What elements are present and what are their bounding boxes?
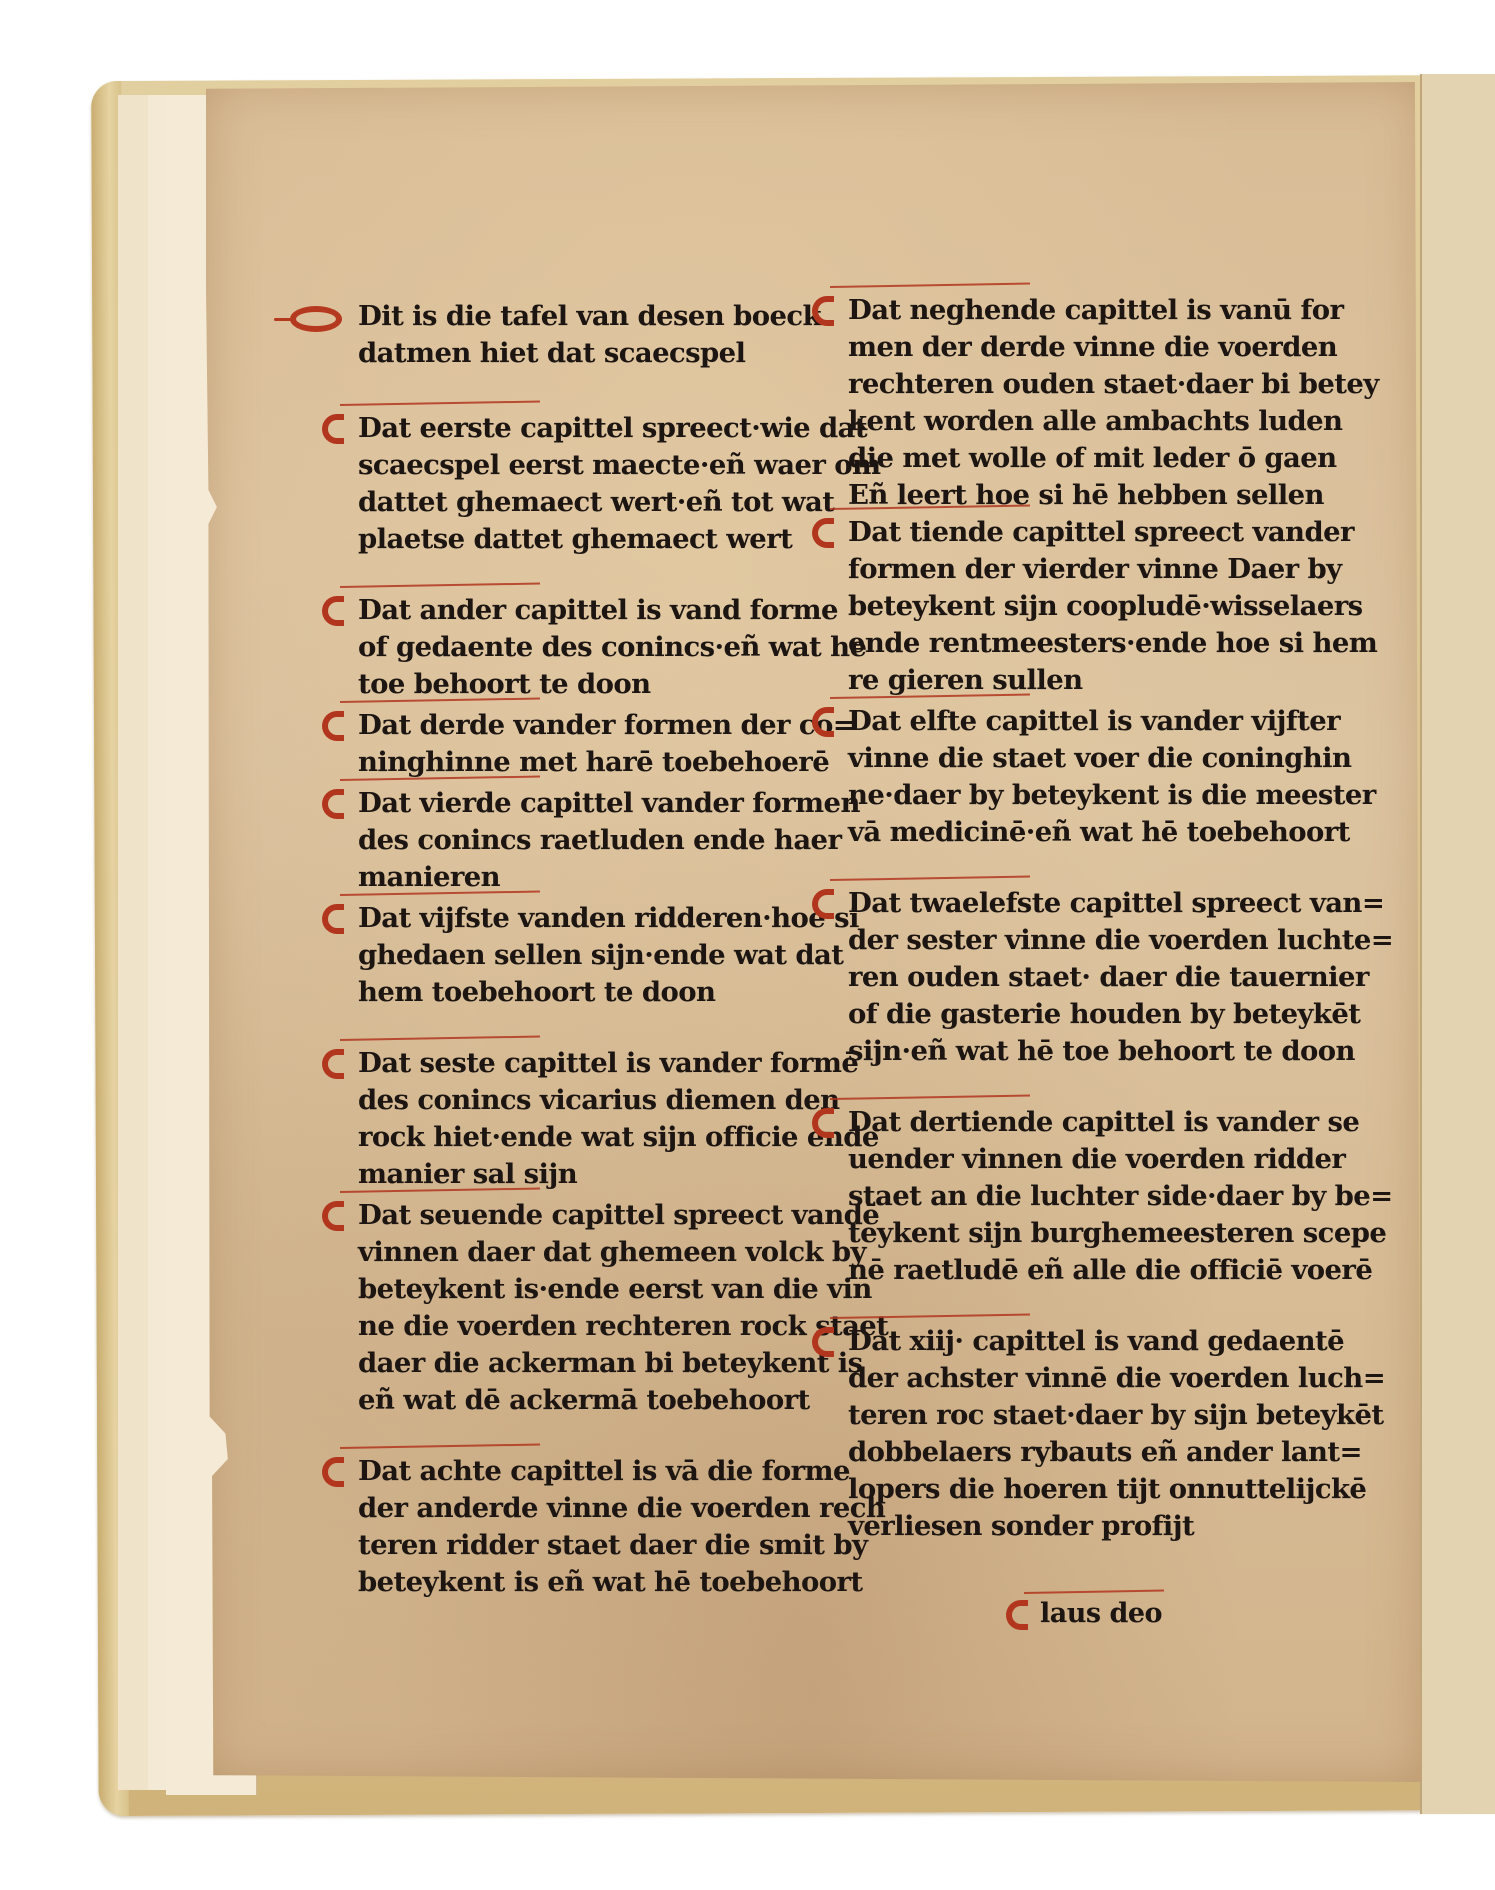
entry-line: vinnen daer dat ghemeen volck by	[358, 1234, 798, 1271]
entry-line: staet an die luchter side·daer by be=	[848, 1178, 1308, 1215]
left-column: Dit is die tafel van desen boeck datmen …	[358, 298, 798, 1601]
chapter-entry-7: Dat seuende capittel spreect vandē vinne…	[358, 1197, 798, 1419]
entry-line: teykent sijn burghemeesteren scepe	[848, 1215, 1308, 1252]
entry-line: of gedaente des conincs·eñ wat he	[358, 629, 798, 666]
rubric-stroke-icon	[340, 1036, 540, 1041]
heading-line: Dit is die tafel van desen boeck	[358, 298, 798, 335]
paragraph-mark-icon	[322, 1201, 344, 1231]
paragraph-mark-icon	[322, 789, 344, 819]
colophon: laus deo	[1040, 1598, 1162, 1629]
rubric-stroke-icon	[830, 876, 1030, 881]
entry-line: formen der vierder vinne Daer by	[848, 551, 1308, 588]
entry-line: of die gasterie houden by beteykēt	[848, 996, 1308, 1033]
rubric-stroke-icon	[830, 1314, 1030, 1319]
heading-line: datmen hiet dat scaecspel	[358, 335, 798, 372]
entry-line: Dat xiij· capittel is vand gedaentē	[848, 1323, 1308, 1360]
entry-line: Dat achte capittel is vā die forme	[358, 1453, 798, 1490]
entry-line: uender vinnen die voerden ridder	[848, 1141, 1308, 1178]
entry-line: des conincs raetluden ende haer	[358, 822, 798, 859]
entry-line: der anderde vinne die voerden rech	[358, 1490, 798, 1527]
chapter-entry-1: Dat eerste capittel spreect·wie dat scae…	[358, 410, 798, 558]
entry-line: vā medicinē·eñ wat hē toebehoort	[848, 814, 1308, 851]
paragraph-mark-icon	[812, 707, 834, 737]
entry-line: hem toebehoort te doon	[358, 974, 798, 1011]
chapter-entry-8: Dat achte capittel is vā die forme der a…	[358, 1453, 798, 1601]
rubricated-initial-icon	[290, 306, 342, 332]
right-column: Dat neghende capittel is vanū for men de…	[848, 292, 1308, 1545]
entry-line: Dat vijfste vanden ridderen·hoe si	[358, 900, 798, 937]
paragraph-mark-icon	[812, 518, 834, 548]
entry-line: ren ouden staet· daer die tauernier	[848, 959, 1308, 996]
paragraph-mark-icon	[812, 1327, 834, 1357]
entry-line: daer die ackerman bi beteykent is	[358, 1345, 798, 1382]
entry-line: ne·daer by beteykent is die meester	[848, 777, 1308, 814]
paragraph-mark-icon	[322, 1049, 344, 1079]
entry-line: rock hiet·ende wat sijn officie ende	[358, 1119, 798, 1156]
entry-line: Dat neghende capittel is vanū for	[848, 292, 1308, 329]
entry-line: lopers die hoeren tijt onnuttelijckē	[848, 1471, 1308, 1508]
entry-line: rechteren ouden staet·daer bi betey	[848, 366, 1308, 403]
entry-line: nē raetludē eñ alle die officiē voerē	[848, 1252, 1308, 1289]
paragraph-mark-icon	[322, 1457, 344, 1487]
paragraph-mark-icon	[812, 1108, 834, 1138]
entry-line: scaecspel eerst maecte·eñ waer om	[358, 447, 798, 484]
entry-line: ende rentmeesters·ende hoe si hem	[848, 625, 1308, 662]
right-adjoining-leaf	[1420, 74, 1495, 1814]
rubric-stroke-icon	[830, 1095, 1030, 1100]
entry-line: plaetse dattet ghemaect wert	[358, 521, 798, 558]
entry-line: der achster vinnē die voerden luch=	[848, 1360, 1308, 1397]
entry-line: ghedaen sellen sijn·ende wat dat	[358, 937, 798, 974]
entry-line: eñ wat dē ackermā toebehoort	[358, 1382, 798, 1419]
entry-line: sijn·eñ wat hē toe behoort te doon	[848, 1033, 1308, 1070]
entry-line: Dat tiende capittel spreect vander	[848, 514, 1308, 551]
rubric-stroke-icon	[340, 401, 540, 406]
entry-line: toe behoort te doon	[358, 666, 798, 703]
paragraph-mark-icon	[1006, 1600, 1028, 1630]
entry-line: Dat twaelefste capittel spreect van=	[848, 885, 1308, 922]
paragraph-mark-icon	[322, 904, 344, 934]
colophon-text: laus deo	[1040, 1598, 1162, 1629]
entry-line: Dat dertiende capittel is vander se	[848, 1104, 1308, 1141]
entry-line: verliesen sonder profijt	[848, 1508, 1308, 1545]
entry-line: beteykent is eñ wat hē toebehoort	[358, 1564, 798, 1601]
entry-line: re gieren sullen	[848, 662, 1308, 699]
entry-line: beteykent sijn coopludē·wisselaers	[848, 588, 1308, 625]
entry-line: Dat seuende capittel spreect vandē	[358, 1197, 798, 1234]
entry-line: men der derde vinne die voerden	[848, 329, 1308, 366]
rubric-stroke-icon	[340, 1444, 540, 1449]
heading: Dit is die tafel van desen boeck datmen …	[358, 298, 798, 372]
entry-line: Dat elfte capittel is vander vijfter	[848, 703, 1308, 740]
entry-line: kent worden alle ambachts luden	[848, 403, 1308, 440]
chapter-entry-14: Dat xiij· capittel is vand gedaentē der …	[848, 1323, 1308, 1545]
chapter-entry-10: Dat tiende capittel spreect vander forme…	[848, 514, 1308, 699]
chapter-entry-11: Dat elfte capittel is vander vijfter vin…	[848, 703, 1308, 851]
chapter-entry-3: Dat derde vander formen der co= ninghinn…	[358, 707, 798, 781]
paragraph-mark-icon	[322, 414, 344, 444]
entry-line: Dat eerste capittel spreect·wie dat	[358, 410, 798, 447]
entry-line: teren ridder staet daer die smit by	[358, 1527, 798, 1564]
entry-line: ninghinne met harē toebehoerē	[358, 744, 798, 781]
entry-line: teren roc staet·daer by sijn beteykēt	[848, 1397, 1308, 1434]
chapter-entry-6: Dat seste capittel is vander formē des c…	[358, 1045, 798, 1193]
entry-line: vinne die staet voer die coninghin	[848, 740, 1308, 777]
entry-line: beteykent is·ende eerst van die vin	[358, 1271, 798, 1308]
chapter-entry-13: Dat dertiende capittel is vander se uend…	[848, 1104, 1308, 1289]
paragraph-mark-icon	[322, 711, 344, 741]
chapter-entry-4: Dat vierde capittel vander formen des co…	[358, 785, 798, 896]
entry-line: des conincs vicarius diemen den	[358, 1082, 798, 1119]
entry-line: Dat ander capittel is vand forme	[358, 592, 798, 629]
paragraph-mark-icon	[812, 889, 834, 919]
entry-line: die met wolle of mit leder ō gaen	[848, 440, 1308, 477]
entry-line: Dat seste capittel is vander formē	[358, 1045, 798, 1082]
entry-line: dattet ghemaect wert·eñ tot wat	[358, 484, 798, 521]
chapter-entry-2: Dat ander capittel is vand forme of geda…	[358, 592, 798, 703]
chapter-entry-12: Dat twaelefste capittel spreect van= der…	[848, 885, 1308, 1070]
entry-line: manieren	[358, 859, 798, 896]
entry-line: Dat vierde capittel vander formen	[358, 785, 798, 822]
rubric-stroke-icon	[340, 583, 540, 588]
entry-line: Dat derde vander formen der co=	[358, 707, 798, 744]
entry-line: ne die voerden rechteren rock staet	[358, 1308, 798, 1345]
entry-line: der sester vinne die voerden luchte=	[848, 922, 1308, 959]
paragraph-mark-icon	[322, 596, 344, 626]
entry-line: dobbelaers rybauts eñ ander lant=	[848, 1434, 1308, 1471]
chapter-entry-5: Dat vijfste vanden ridderen·hoe si gheda…	[358, 900, 798, 1011]
paragraph-mark-icon	[812, 296, 834, 326]
chapter-entry-9: Dat neghende capittel is vanū for men de…	[848, 292, 1308, 514]
entry-line: manier sal sijn	[358, 1156, 798, 1193]
